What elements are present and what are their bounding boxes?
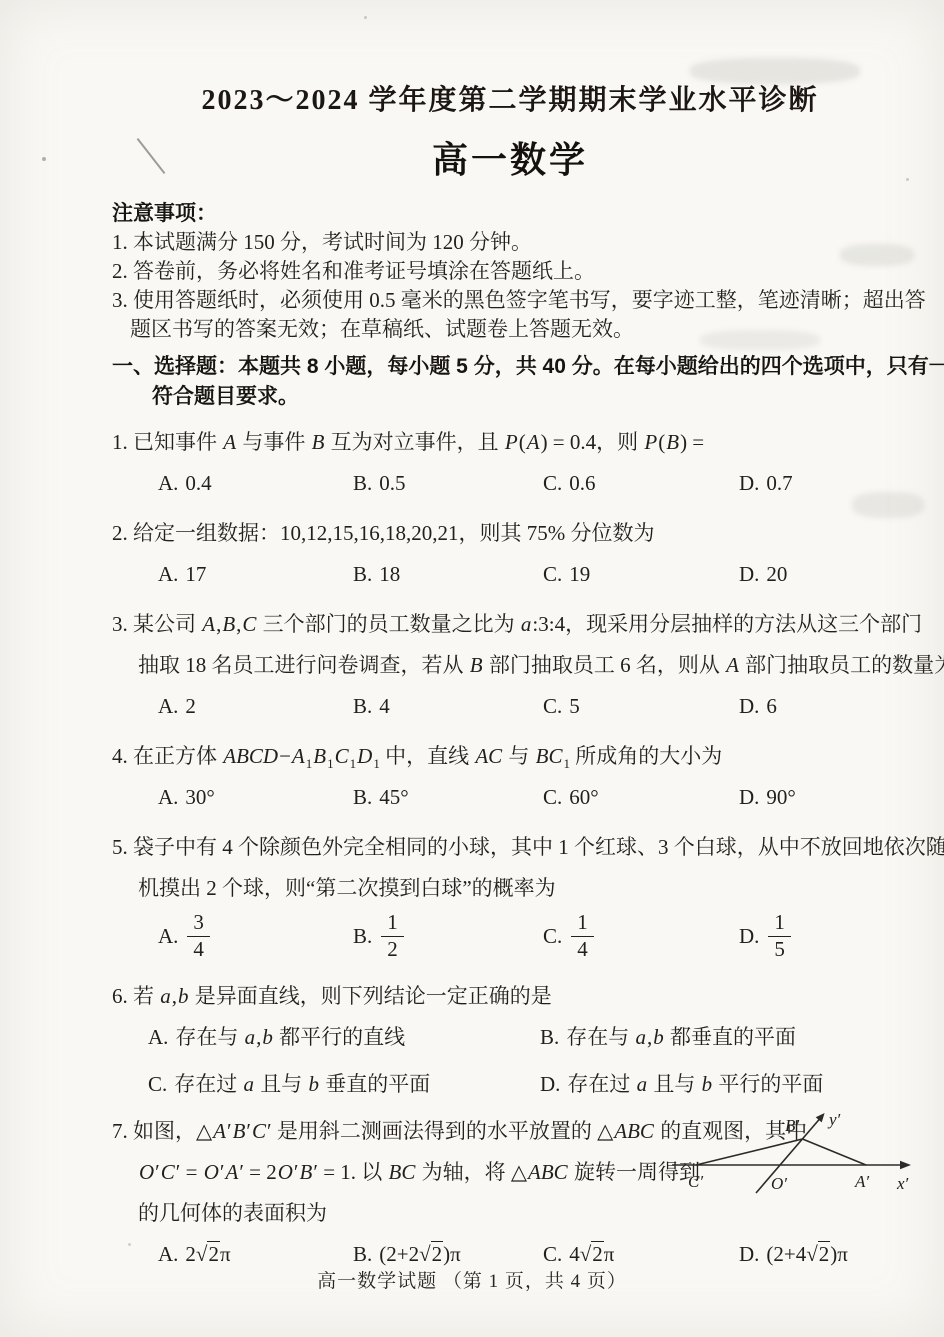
option-label: A. [158,785,178,809]
question-1-option-D: D.0.7 [739,463,908,504]
exam-page: 2023～2024 学年度第二学期期末学业水平诊断 高一数学 注意事项： 1. … [0,0,944,1337]
option-value: (2+4√2)π [766,1241,847,1266]
option-label: C. [543,562,562,586]
question-6-option-C: C.存在过 a 且与 b 垂直的平面 [148,1067,540,1102]
question-4-option-D: D.90° [739,777,908,818]
question-1-option-C: C.0.6 [543,463,739,504]
question-1-option-B: B.0.5 [353,463,543,504]
option-value: 2 [185,694,196,718]
option-label: D. [739,471,759,495]
notices-list: 1. 本试题满分 150 分，考试时间为 120 分钟。2. 答卷前，务必将姓名… [112,228,908,344]
option-label: B. [353,1242,372,1266]
question-4: 4. 在正方体 ABCD−A1B1C1D1 中，直线 AC 与 BC1 所成角的… [112,736,908,818]
question-4-line-1: 4. 在正方体 ABCD−A1B1C1D1 中，直线 AC 与 BC1 所成角的… [112,736,908,777]
option-value: 18 [379,562,400,586]
option-value: (2+2√2)π [379,1241,460,1266]
option-value: 存在与 a,b 都垂直的平面 [566,1025,796,1049]
option-label: C. [148,1072,167,1096]
question-4-options: A.30°B.45°C.60°D.90° [158,777,908,818]
triangle-edges [696,1139,866,1165]
option-label: C. [543,924,562,948]
fraction: 15 [768,911,791,961]
question-6-option-A: A.存在与 a,b 都平行的直线 [148,1020,540,1055]
option-label: B. [353,694,372,718]
question-4-option-B: B.45° [353,777,543,818]
option-label: B. [353,471,372,495]
option-label: D. [739,1242,759,1266]
notice-line: 2. 答卷前，务必将姓名和准考证号填涂在答题纸上。 [112,257,908,286]
notices-heading: 注意事项： [112,199,908,228]
option-value: 0.7 [766,471,792,495]
option-label: B. [353,562,372,586]
question-5-options: A.34B.12C.14D.15 [158,909,908,967]
question-3-options: A.2B.4C.5D.6 [158,686,908,727]
option-label: B. [540,1025,559,1049]
option-label: A. [148,1025,168,1049]
option-value: 0.6 [569,471,595,495]
section-heading: 一、选择题：本题共 8 小题，每小题 5 分，共 40 分。在每小题给出的四个选… [112,352,908,412]
question-3-line-2: 抽取 18 名员工进行问卷调查，若从 B 部门抽取员工 6 名，则从 A 部门抽… [138,645,908,686]
option-value: 60° [569,785,598,809]
question-5-option-D: D.15 [739,909,908,967]
option-label: D. [739,562,759,586]
notice-line: 1. 本试题满分 150 分，考试时间为 120 分钟。 [112,228,908,257]
option-label: B. [353,785,372,809]
question-6-line-1: 6. 若 a,b 是异面直线，则下列结论一定正确的是 [112,976,908,1017]
option-value: 0.5 [379,471,405,495]
option-value: 6 [766,694,777,718]
notice-line: 3. 使用答题纸时，必须使用 0.5 毫米的黑色签字笔书写，要字迹工整，笔迹清晰… [112,286,908,315]
option-label: A. [158,924,178,948]
option-value: 90° [766,785,795,809]
option-label: A. [158,562,178,586]
option-value: 19 [569,562,590,586]
option-value: 存在过 a 且与 b 垂直的平面 [174,1072,430,1096]
questions-list: 1. 已知事件 A 与事件 B 互为对立事件，且 P(A) = 0.4，则 P(… [112,422,908,1275]
option-value: 4 [379,694,390,718]
option-value: 存在过 a 且与 b 平行的平面 [567,1072,823,1096]
q7-axonometric-figure: B′ y′ C′ O′ A′ x′ [666,1101,918,1205]
question-1-line-1: 1. 已知事件 A 与事件 B 互为对立事件，且 P(A) = 0.4，则 P(… [112,422,908,463]
question-7: 7. 如图，△A′B′C′ 是用斜二测画法得到的水平放置的 △ABC 的直观图，… [112,1111,908,1275]
question-2-option-C: C.19 [543,554,739,595]
option-value: 15 [766,924,793,948]
exam-subject: 高一数学 [112,132,908,183]
fig-label-B: B′ [785,1116,799,1135]
page-content: 2023～2024 学年度第二学期期末学业水平诊断 高一数学 注意事项： 1. … [0,0,944,1275]
question-5-option-C: C.14 [543,909,739,967]
question-5-option-B: B.12 [353,909,543,967]
option-value: 17 [185,562,206,586]
fig-label-y: y′ [827,1110,841,1129]
option-label: C. [543,1242,562,1266]
notices-block: 注意事项： 1. 本试题满分 150 分，考试时间为 120 分钟。2. 答卷前… [112,199,908,344]
notice-item-2: 2. 答卷前，务必将姓名和准考证号填涂在答题纸上。 [112,257,908,286]
option-label: A. [158,694,178,718]
section-heading-line: 一、选择题：本题共 8 小题，每小题 5 分，共 40 分。在每小题给出的四个选… [112,352,908,382]
option-label: A. [158,1242,178,1266]
option-label: B. [353,924,372,948]
option-value: 0.4 [185,471,211,495]
question-2-line-1: 2. 给定一组数据：10,12,15,16,18,20,21，则其 75% 分位… [112,513,908,554]
option-value: 34 [185,924,212,948]
question-1-option-A: A.0.4 [158,463,353,504]
page-footer: 高一数学试题 （第 1 页，共 4 页） [0,1266,944,1293]
question-2-option-B: B.18 [353,554,543,595]
question-1: 1. 已知事件 A 与事件 B 互为对立事件，且 P(A) = 0.4，则 P(… [112,422,908,504]
x-axis-arrow [900,1161,911,1169]
option-value: 12 [379,924,406,948]
option-label: C. [543,471,562,495]
option-value: 2√2π [185,1241,230,1266]
option-value: 45° [379,785,408,809]
option-label: D. [739,694,759,718]
question-6: 6. 若 a,b 是异面直线，则下列结论一定正确的是A.存在与 a,b 都平行的… [112,976,908,1102]
notice-item-3: 3. 使用答题纸时，必须使用 0.5 毫米的黑色签字笔书写，要字迹工整，笔迹清晰… [112,286,908,344]
option-value: 4√2π [569,1241,614,1266]
fraction: 12 [381,911,404,961]
section-heading-line: 符合题目要求。 [152,382,908,412]
fig-label-C: C′ [688,1172,703,1191]
question-2-options: A.17B.18C.19D.20 [158,554,908,595]
question-6-option-D: D.存在过 a 且与 b 平行的平面 [540,1067,908,1102]
option-value: 20 [766,562,787,586]
fraction: 14 [571,911,594,961]
option-label: C. [543,785,562,809]
question-3-option-B: B.4 [353,686,543,727]
notice-item-1: 1. 本试题满分 150 分，考试时间为 120 分钟。 [112,228,908,257]
option-label: D. [739,785,759,809]
question-3-line-1: 3. 某公司 A,B,C 三个部门的员工数量之比为 a:3:4，现采用分层抽样的… [112,604,908,645]
q7-figure-container: B′ y′ C′ O′ A′ x′ [666,1101,918,1211]
question-6-options: A.存在与 a,b 都平行的直线B.存在与 a,b 都垂直的平面C.存在过 a … [148,1020,908,1102]
question-6-option-B: B.存在与 a,b 都垂直的平面 [540,1020,908,1055]
fig-label-O: O′ [771,1174,787,1193]
question-5-line-1: 5. 袋子中有 4 个除颜色外完全相同的小球，其中 1 个红球、3 个白球，从中… [112,827,908,868]
question-3-option-A: A.2 [158,686,353,727]
notice-line: 题区书写的答案无效；在草稿纸、试题卷上答题无效。 [130,315,908,344]
option-value: 30° [185,785,214,809]
fraction: 34 [187,911,210,961]
fig-label-x: x′ [896,1174,909,1193]
question-1-options: A.0.4B.0.5C.0.6D.0.7 [158,463,908,504]
fig-label-A: A′ [854,1172,869,1191]
exam-title: 2023～2024 学年度第二学期期末学业水平诊断 [112,78,908,118]
option-value: 5 [569,694,580,718]
option-label: C. [543,694,562,718]
question-4-option-C: C.60° [543,777,739,818]
question-5-option-A: A.34 [158,909,353,967]
question-3: 3. 某公司 A,B,C 三个部门的员工数量之比为 a:3:4，现采用分层抽样的… [112,604,908,727]
option-label: A. [158,471,178,495]
question-3-option-D: D.6 [739,686,908,727]
question-3-option-C: C.5 [543,686,739,727]
option-value: 14 [569,924,596,948]
option-value: 存在与 a,b 都平行的直线 [175,1025,405,1049]
option-label: D. [540,1072,560,1096]
question-5-line-2: 机摸出 2 个球，则“第二次摸到白球”的概率为 [138,868,908,909]
question-2-option-A: A.17 [158,554,353,595]
question-2: 2. 给定一组数据：10,12,15,16,18,20,21，则其 75% 分位… [112,513,908,595]
question-2-option-D: D.20 [739,554,908,595]
question-5: 5. 袋子中有 4 个除颜色外完全相同的小球，其中 1 个红球、3 个白球，从中… [112,827,908,967]
option-label: D. [739,924,759,948]
question-4-option-A: A.30° [158,777,353,818]
